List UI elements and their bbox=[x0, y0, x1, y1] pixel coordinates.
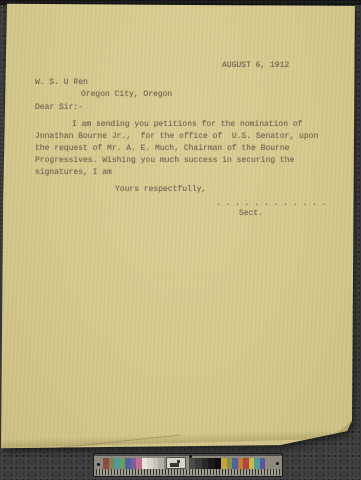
scanned-letter-photo: AUGUST 6, 1912 W. S. U Ren Oregon City, … bbox=[0, 0, 361, 480]
recipient-address: Oregon City, Oregon bbox=[81, 90, 172, 100]
salutation: Dear Sir:- bbox=[35, 103, 83, 113]
patch-group-right bbox=[221, 458, 265, 469]
patch-strip bbox=[103, 458, 279, 469]
body-line: signatures, I am bbox=[35, 167, 318, 179]
letter-body: I am sending you petitions for the nomin… bbox=[35, 119, 318, 179]
body-line: Jonathan Bourne Jr., for the office of U… bbox=[35, 131, 318, 143]
body-line: I am sending you petitions for the nomin… bbox=[35, 119, 318, 131]
signature-dotted-line: . . . . . . . . . . . . bbox=[216, 199, 326, 209]
color-calibration-bar bbox=[93, 453, 283, 477]
letter-date: AUGUST 6, 1912 bbox=[222, 61, 289, 71]
bar-screw-icon bbox=[97, 463, 100, 466]
signature-title: Sect. bbox=[239, 209, 263, 219]
color-patch bbox=[158, 458, 164, 469]
paper-sheet: AUGUST 6, 1912 W. S. U Ren Oregon City, … bbox=[1, 2, 357, 450]
patch-group-gradient bbox=[142, 458, 164, 469]
tag-logo-icon bbox=[170, 463, 179, 467]
recipient-name: W. S. U Ren bbox=[35, 78, 88, 88]
patch-group-left bbox=[103, 458, 142, 469]
paper-bottom-crease bbox=[1, 429, 349, 448]
patch-group-dark bbox=[189, 458, 222, 469]
letter-paper: AUGUST 6, 1912 W. S. U Ren Oregon City, … bbox=[1, 2, 357, 450]
closing: Yours respectfully, bbox=[115, 185, 206, 195]
body-line: Progressives. Wishing you much success i… bbox=[35, 155, 318, 167]
body-line: the request of Mr. A. E. Much, Chairman … bbox=[35, 143, 318, 155]
bar-ruler-ticks bbox=[96, 469, 280, 475]
bar-label-tag bbox=[166, 457, 186, 469]
color-patch bbox=[260, 458, 266, 469]
